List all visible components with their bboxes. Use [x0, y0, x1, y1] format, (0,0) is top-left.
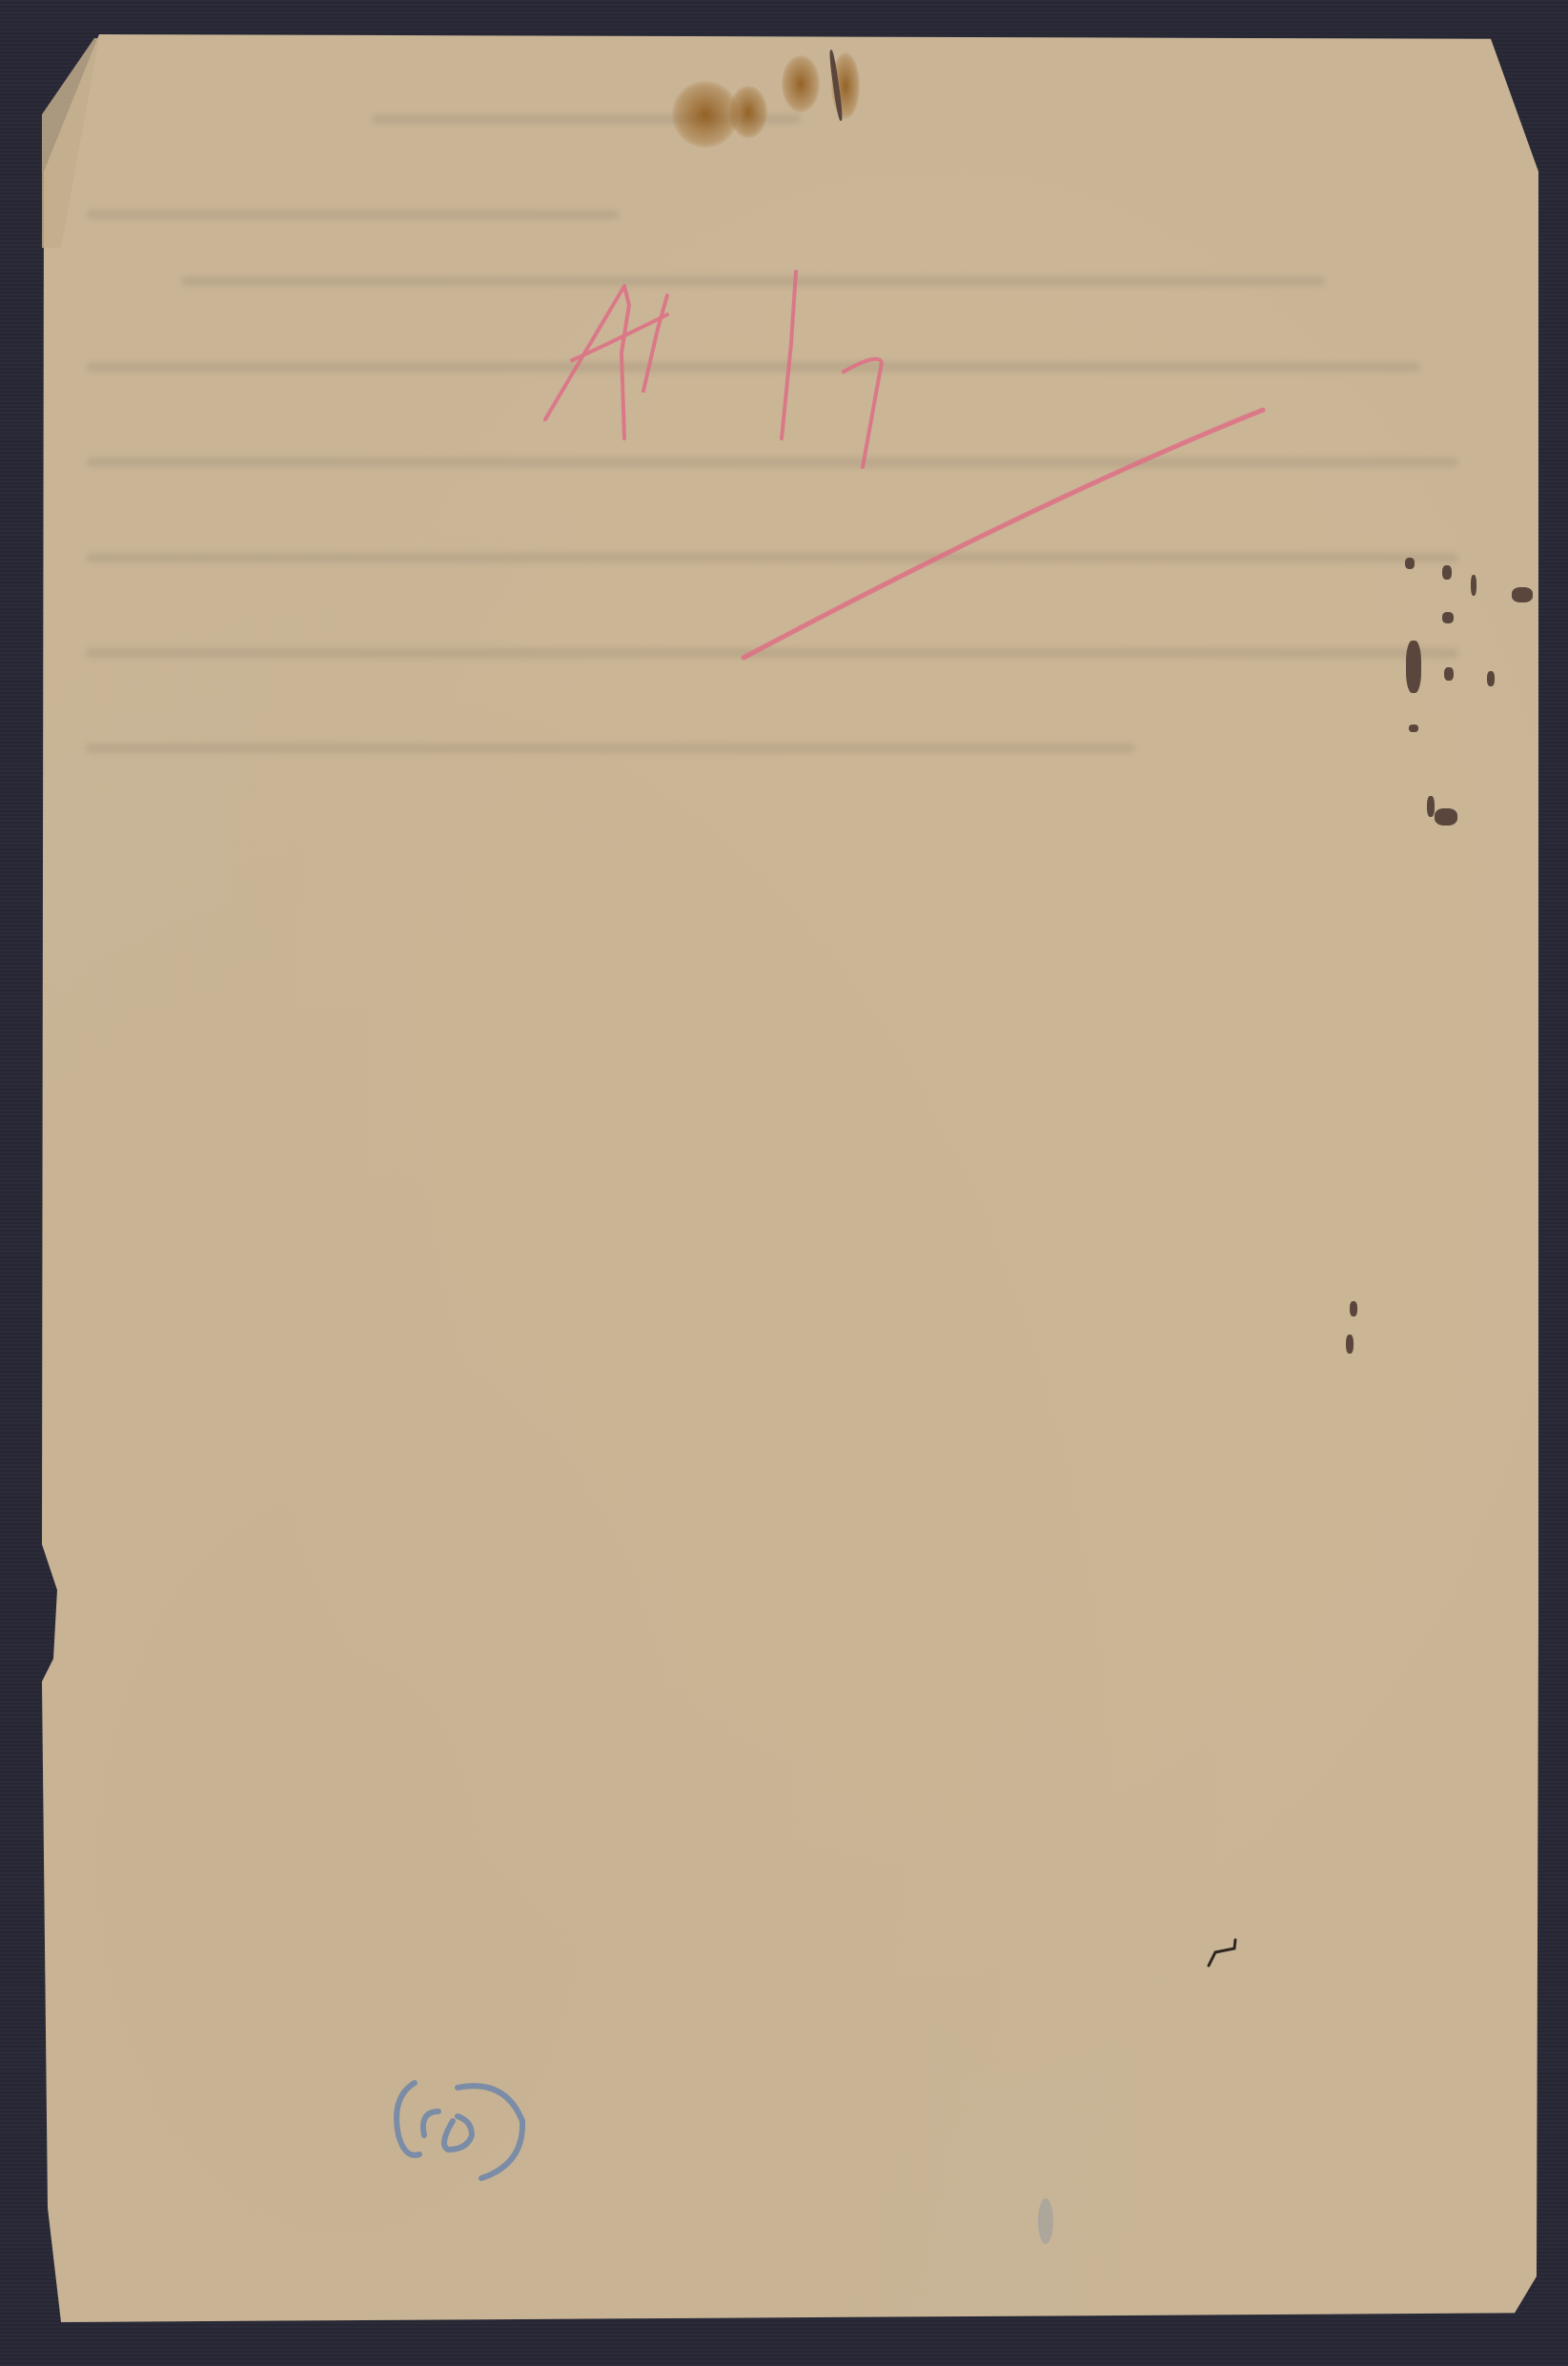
bleed-through-text: [86, 114, 1458, 782]
